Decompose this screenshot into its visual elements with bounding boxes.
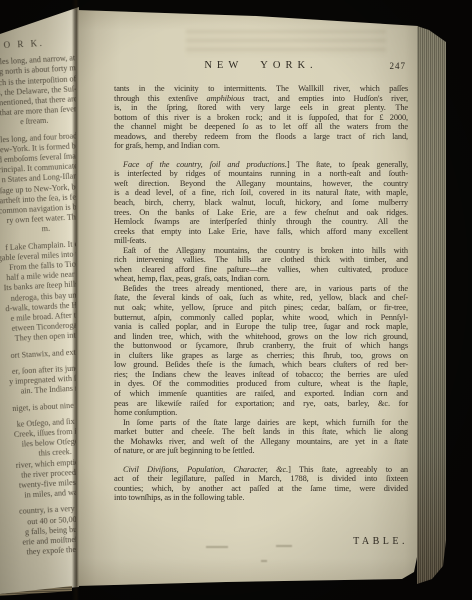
text-line: peas are likewiſe raiſed for exportation… [114, 399, 408, 409]
text-line: ſtate, the ſeveral kinds of oak, ſuch as… [114, 293, 408, 303]
text-line: In ſome parts of the ſtate large dairies… [114, 418, 408, 428]
text-line: weſt direction. Beyond the Allegany moun… [114, 179, 408, 189]
paragraph: Civil Diviſions, Population, Character, … [114, 465, 408, 503]
showthrough-smudge [186, 30, 386, 56]
right-page: NEW YORK. 247 tants in the vicinity to i… [76, 0, 418, 600]
text-line: low ground. Beſides theſe is the ſumach,… [114, 360, 408, 370]
text-line: nut oak; white, yellow, ſpruce and pitch… [114, 303, 408, 313]
text-line: wheat, hemp, flax, peas, graſs, oats, In… [114, 274, 408, 284]
text-line: market butter and cheeſe. The beſt lands… [114, 427, 408, 437]
text-line: ries; the Indians chew the leaves inſtea… [114, 370, 408, 380]
text-line: trees. On the banks of Lake Erie, are a … [114, 208, 408, 218]
text-line: the Mohawks river, and weſt of the Alleg… [114, 437, 408, 447]
book-gutter [72, 0, 79, 600]
text-line: into townſhips, as in the following tabl… [114, 493, 408, 503]
text-line: and linden tree, which, with the whiteho… [114, 332, 408, 342]
text-line: Civil Diviſions, Population, Character, … [114, 465, 408, 475]
page-header-row: NEW YORK. 247 [114, 60, 408, 74]
left-page-header-fragment: O R K. [0, 36, 75, 54]
text-line: Beſides the trees already mentioned, the… [114, 284, 408, 294]
paragraphs: tants in the vicinity to intermittents. … [114, 84, 408, 503]
paragraph: Eaſt of the Allegany mountains, the coun… [114, 246, 408, 284]
paragraph: tants in the vicinity to intermittents. … [114, 84, 408, 151]
text-line: is interſected by ridges of mountains ru… [114, 169, 408, 179]
text-line: act of their legiſlature, paſſed in Marc… [114, 474, 408, 484]
text-line: counties; which, by another act paſſed a… [114, 484, 408, 494]
text-line: is a dead level, of a fine, rich ſoil, c… [114, 188, 408, 198]
paragraph: In ſome parts of the ſtate large dairies… [114, 418, 408, 456]
text-line: vania is called poplar, and in Europe th… [114, 322, 408, 332]
text-line: rich intervening vallies. The hills are … [114, 255, 408, 265]
text-line: in cluſters like grapes as large as cher… [114, 351, 408, 361]
ink-smudge [276, 545, 292, 547]
text-line: of nature, or are juſt beginning to be ſ… [114, 446, 408, 456]
text-line: through this extenſive amphibious tract,… [114, 94, 408, 104]
text-line: mill-ſeats. [114, 236, 408, 246]
page-edge-stack [417, 0, 446, 600]
text-line: Face of the country, ſoil and production… [114, 160, 408, 170]
running-header: NEW YORK. [204, 60, 317, 71]
paragraph: Beſides the trees already mentioned, the… [114, 284, 408, 418]
text-line: Eaſt of the Allegany mountains, the coun… [114, 246, 408, 256]
text-line: the buttonwood or ſycamore, ſhrub cranbe… [114, 341, 408, 351]
page-number: 247 [390, 61, 407, 71]
text-line: creeks that empty into Lake Erie, have f… [114, 227, 408, 237]
text-line: for graſs, hemp, and Indian corn. [114, 141, 408, 151]
text-line: Hemlock ſwamps are interſperſed thinly t… [114, 217, 408, 227]
text-line: the channel might be deepened ſo as to l… [114, 122, 408, 132]
text-line: when cleared afford fine paſture—the val… [114, 265, 408, 275]
text-line: meadows, and thereby redeem from the flo… [114, 132, 408, 142]
book-photo: O R K. miles long, and narrow, atg north… [0, 0, 472, 600]
text-line: of which immenſe quantities are raiſed, … [114, 389, 408, 399]
text-line: home conſumption. [114, 408, 408, 418]
ink-smudge [206, 546, 228, 548]
ink-smudge [261, 560, 267, 562]
text-line: butternut, aſpin, commonly called poplar… [114, 313, 408, 323]
catchword: TABLE. [114, 536, 410, 547]
left-page: O R K. miles long, and narrow, atg north… [0, 0, 79, 600]
text-line: bottom of this river is a broken rock; a… [114, 113, 408, 123]
text-line: beach, birch, cherry, black walnut, locu… [114, 198, 408, 208]
text-line: tants in the vicinity to intermittents. … [114, 84, 408, 94]
text-line: is, in the ſpring, ſtored with very larg… [114, 103, 408, 113]
text-line: in dyes. Of the commodities produced fro… [114, 379, 408, 389]
paragraph: Face of the country, ſoil and production… [114, 160, 408, 246]
